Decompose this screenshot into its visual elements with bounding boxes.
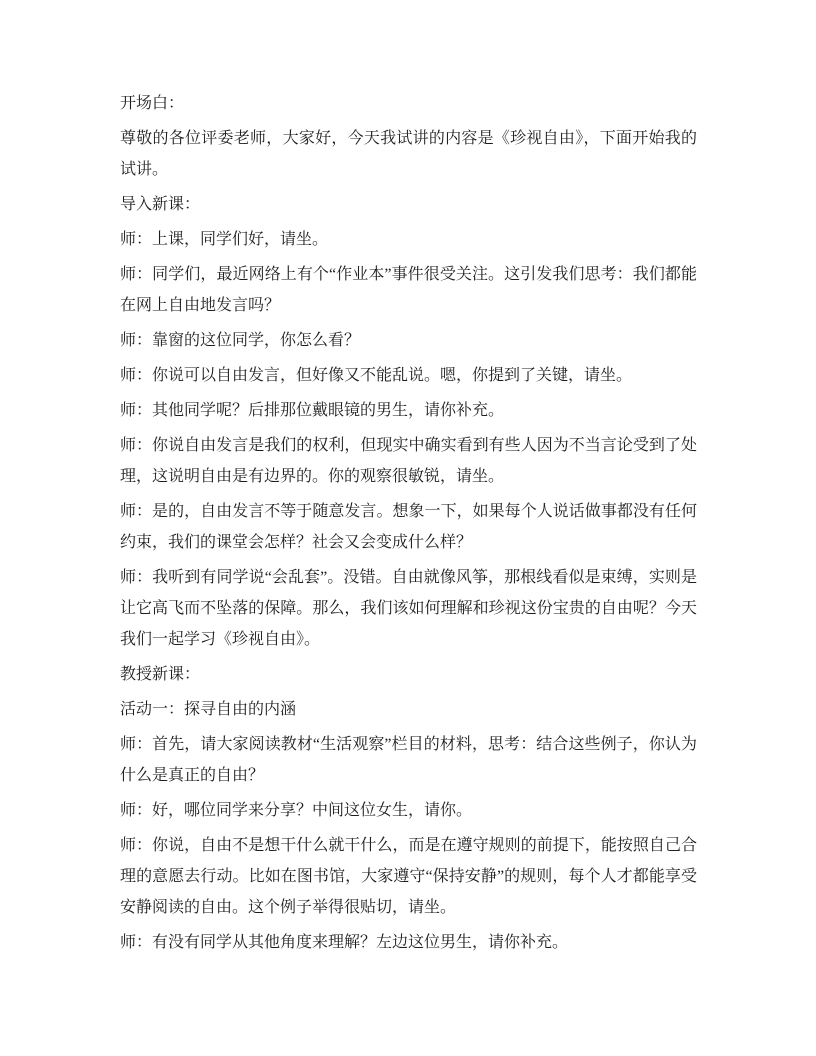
paragraph: 师：其他同学呢？后排那位戴眼镜的男生，请你补充。	[120, 395, 697, 426]
paragraph: 师：有没有同学从其他角度来理解？左边这位男生，请你补充。	[120, 927, 697, 958]
paragraph: 师：同学们，最近网络上有个“作业本”事件很受关注。这引发我们思考：我们都能在网上…	[120, 259, 697, 321]
paragraph: 师：上课，同学们好，请坐。	[120, 224, 697, 255]
paragraph: 尊敬的各位评委老师，大家好，今天我试讲的内容是《珍视自由》，下面开始我的试讲。	[120, 123, 697, 185]
document-page: 开场白：尊敬的各位评委老师，大家好，今天我试讲的内容是《珍视自由》，下面开始我的…	[0, 0, 816, 1056]
paragraph: 师：你说可以自由发言，但好像又不能乱说。嗯，你提到了关键，请坐。	[120, 360, 697, 391]
paragraph: 师：你说，自由不是想干什么就干什么，而是在遵守规则的前提下，能按照自己合理的意愿…	[120, 830, 697, 923]
paragraph: 师：靠窗的这位同学，你怎么看？	[120, 325, 697, 356]
paragraph: 师：我听到有同学说“会乱套”。没错。自由就像风筝，那根线看似是束缚，实则是让它高…	[120, 562, 697, 655]
paragraph: 师：是的，自由发言不等于随意发言。想象一下，如果每个人说话做事都没有任何约束，我…	[120, 496, 697, 558]
paragraph: 活动一：探寻自由的内涵	[120, 694, 697, 725]
paragraph: 导入新课：	[120, 189, 697, 220]
paragraph: 师：首先，请大家阅读教材“生活观察”栏目的材料，思考：结合这些例子，你认为什么是…	[120, 729, 697, 791]
document-body: 开场白：尊敬的各位评委老师，大家好，今天我试讲的内容是《珍视自由》，下面开始我的…	[120, 88, 697, 962]
paragraph: 师：好，哪位同学来分享？中间这位女生，请你。	[120, 795, 697, 826]
paragraph: 开场白：	[120, 88, 697, 119]
paragraph: 教授新课：	[120, 659, 697, 690]
paragraph: 师：你说自由发言是我们的权利，但现实中确实看到有些人因为不当言论受到了处理，这说…	[120, 430, 697, 492]
